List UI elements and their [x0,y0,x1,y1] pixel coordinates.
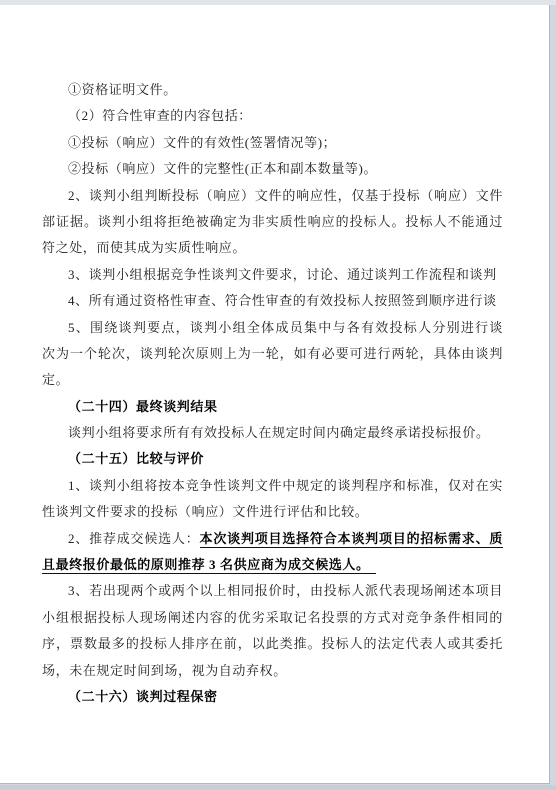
text-line: 3、谈判小组根据竞争性谈判文件要求，讨论、通过谈判工作流程和谈判要点。 [42,262,503,288]
text-segment: 序，票数最多的投标人排序在前，以此类推。投标人的法定代表人或其委托代理人应当到 [42,636,503,657]
text-segment: 谈判小组将要求所有有效投标人在规定时间内确定最终承诺投标报价。 [68,425,490,440]
text-segment: 5、围绕谈判要点，谈判小组全体成员集中与各有效投标人分别进行谈判。逐家谈判一 [42,320,503,341]
text-line: ①资格证明文件。 [42,77,503,103]
text-line: 1、谈判小组将按本竞争性谈判文件中规定的谈判程序和标准，仅对在实质上响应竞争 [42,473,503,499]
text-segment: 次为一个轮次，谈判轮次原则上为一轮，如有必要可进行两轮，具体由谈判小组视情况决 [42,346,503,367]
text-segment: 场，未在规定时间到场，视为自动弃权。 [42,663,287,678]
text-segment: 部证据。谈判小组将拒绝被确定为非实质性响应的投标人。投标人不能通过修正或撤销不 [42,214,503,235]
text-line: 2、谈判小组判断投标（响应）文件的响应性，仅基于投标（响应）文件本身而不靠外 [42,183,503,209]
text-segment: 3、谈判小组根据竞争性谈判文件要求，讨论、通过谈判工作流程和谈判要点。 [42,267,497,288]
text-segment: 4、所有通过资格性审查、符合性审查的有效投标人按照签到顺序进行谈判。 [42,293,497,314]
text-line: 次为一个轮次，谈判轮次原则上为一轮，如有必要可进行两轮，具体由谈判小组视情况决 [42,341,503,367]
text-segment: 2、推荐成交候选人： [68,531,200,546]
section-heading: （二十六）谈判过程保密 [42,684,503,710]
text-line: 4、所有通过资格性审查、符合性审查的有效投标人按照签到顺序进行谈判。 [42,288,503,314]
text-line: 序，票数最多的投标人排序在前，以此类推。投标人的法定代表人或其委托代理人应当到 [42,631,503,657]
text-line: 定。 [42,367,503,393]
text-segment: ②投标（响应）文件的完整性(正本和副本数量等)。 [68,161,377,176]
text-line: 性谈判文件要求的投标（响应）文件进行评估和比较。 [42,499,503,525]
text-line: 3、若出现两个或两个以上相同报价时，由投标人派代表现场阐述本项目的方案。谈判 [42,578,503,604]
text-segment: ①投标（响应）文件的有效性(签署情况等)； [68,135,336,150]
text-line: 且最终报价最低的原则推荐 3 名供应商为成交候选人。 [42,552,503,578]
text-line: 5、围绕谈判要点，谈判小组全体成员集中与各有效投标人分别进行谈判。逐家谈判一 [42,315,503,341]
text-segment: 定。 [42,372,69,387]
text-line: 符之处，而使其成为实质性响应。 [42,235,503,261]
viewer-background-bottom [0,785,556,790]
text-segment: ①资格证明文件。 [68,82,177,97]
text-segment: 性谈判文件要求的投标（响应）文件进行评估和比较。 [42,504,368,519]
text-segment: 1、谈判小组将按本竞争性谈判文件中规定的谈判程序和标准，仅对在实质上响应竞争 [42,478,503,499]
emphasized-text: 且最终报价最低的原则推荐 3 名供应商为成交候选人。 [42,557,376,574]
document-body: ①资格证明文件。（2）符合性审查的内容包括：①投标（响应）文件的有效性(签署情况… [42,77,503,710]
text-segment: 2、谈判小组判断投标（响应）文件的响应性，仅基于投标（响应）文件本身而不靠外 [42,188,503,209]
text-line: 场，未在规定时间到场，视为自动弃权。 [42,658,503,684]
text-segment: 符之处，而使其成为实质性响应。 [42,240,246,255]
text-line: （2）符合性审查的内容包括： [42,103,503,129]
text-segment: （二十四）最终谈判结果 [68,399,218,414]
text-segment: 小组根据投标人现场阐述内容的优劣采取记名投票的方式对竞争条件相同的投标人进行排 [42,610,503,631]
text-line: 谈判小组将要求所有有效投标人在规定时间内确定最终承诺投标报价。 [42,420,503,446]
text-line: ①投标（响应）文件的有效性(签署情况等)； [42,130,503,156]
text-line: 部证据。谈判小组将拒绝被确定为非实质性响应的投标人。投标人不能通过修正或撤销不 [42,209,503,235]
section-heading: （二十四）最终谈判结果 [42,394,503,420]
text-line: 小组根据投标人现场阐述内容的优劣采取记名投票的方式对竞争条件相同的投标人进行排 [42,605,503,631]
text-line: ②投标（响应）文件的完整性(正本和副本数量等)。 [42,156,503,182]
text-line: 2、推荐成交候选人：本次谈判项目选择符合本谈判项目的招标需求、质量和服务相等 [42,526,503,552]
text-segment: （二十六）谈判过程保密 [68,689,218,704]
text-segment: （2）符合性审查的内容包括： [68,108,252,123]
text-segment: 3、若出现两个或两个以上相同报价时，由投标人派代表现场阐述本项目的方案。谈判 [42,583,503,604]
section-heading: （二十五）比较与评价 [42,446,503,472]
document-page: ①资格证明文件。（2）符合性审查的内容包括：①投标（响应）文件的有效性(签署情况… [0,5,550,784]
text-segment: （二十五）比较与评价 [68,451,204,466]
